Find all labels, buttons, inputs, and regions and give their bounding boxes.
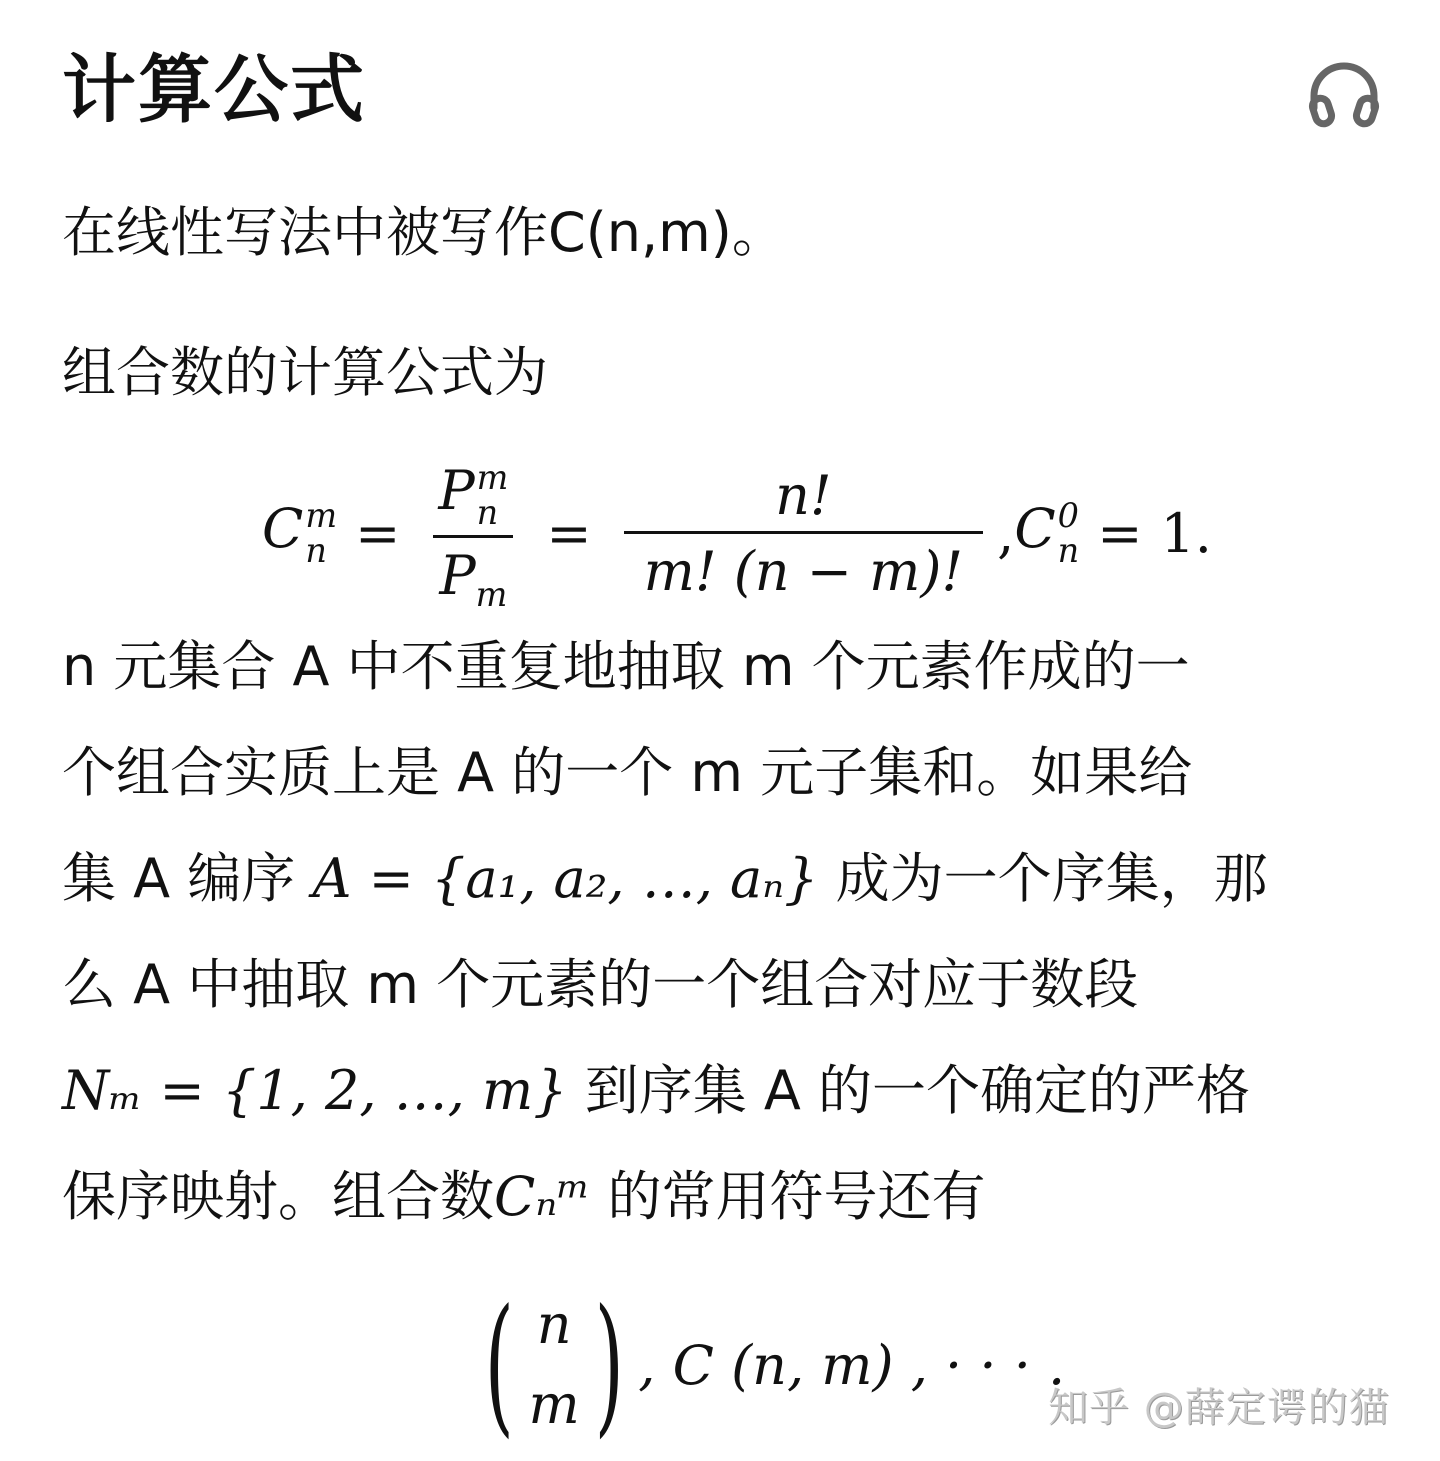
- text-span: 的常用符号还有: [608, 1165, 986, 1228]
- listen-button[interactable]: [1306, 58, 1382, 134]
- equals-sign: =: [546, 502, 591, 565]
- fraction-permutation: Pmn Pm: [432, 459, 514, 606]
- lhs-c: Cmn: [262, 497, 337, 568]
- c-n-zero: C0n: [1014, 497, 1079, 568]
- page-title: 计算公式: [62, 42, 366, 138]
- watermark: 知乎 @薛定谔的猫: [1048, 1376, 1390, 1433]
- equals-sign: =: [1097, 502, 1142, 565]
- inline-math-set-a: A = {a₁, a₂, …, aₙ}: [312, 847, 818, 910]
- right-paren: ): [594, 1290, 623, 1440]
- fraction-factorial: n! m! (n − m)!: [624, 464, 983, 603]
- binomial-coefficient: ( n m ): [470, 1285, 638, 1445]
- text-span: 集 A 编序: [62, 847, 295, 910]
- formula-rhs: 1.: [1160, 502, 1212, 565]
- text-span: 成为一个序集，那: [836, 847, 1268, 910]
- inline-math-nm: Nₘ = {1, 2, …, m}: [62, 1059, 568, 1122]
- left-paren: (: [485, 1290, 514, 1440]
- inline-math-cnm: Cₙᵐ: [494, 1165, 590, 1228]
- paragraph-formula-intro: 组合数的计算公式为: [62, 320, 548, 426]
- equals-sign: =: [355, 502, 400, 565]
- paragraph-line: 么 A 中抽取 m 个元素的一个组合对应于数段: [62, 932, 1138, 1038]
- text-span: 保序映射。组合数: [62, 1165, 494, 1228]
- comma: ,: [997, 502, 1014, 565]
- combination-formula: Cmn = Pmn Pm = n! m! (n − m)! , C0n = 1.: [262, 458, 1212, 608]
- paragraph-line: Nₘ = {1, 2, …, m} 到序集 A 的一个确定的严格: [62, 1038, 1250, 1144]
- paragraph-line: 保序映射。组合数Cₙᵐ 的常用符号还有: [62, 1144, 986, 1250]
- paragraph-line: 集 A 编序 A = {a₁, a₂, …, aₙ} 成为一个序集，那: [62, 826, 1268, 932]
- binom-top: n: [537, 1285, 572, 1365]
- paragraph-line: n 元集合 A 中不重复地抽取 m 个元素作成的一: [62, 614, 1190, 720]
- paragraph-line: 个组合实质上是 A 的一个 m 元子集和。如果给: [62, 720, 1192, 826]
- text-span: 到序集 A 的一个确定的严格: [585, 1059, 1250, 1122]
- notation-rest: , C (n, m) , · · · .: [638, 1334, 1065, 1397]
- notation-formula: ( n m ) , C (n, m) , · · · .: [470, 1290, 1065, 1440]
- binom-bottom: m: [529, 1365, 580, 1445]
- headphones-icon: [1306, 58, 1382, 134]
- paragraph-linear-notation: 在线性写法中被写作C(n,m)。: [62, 180, 786, 286]
